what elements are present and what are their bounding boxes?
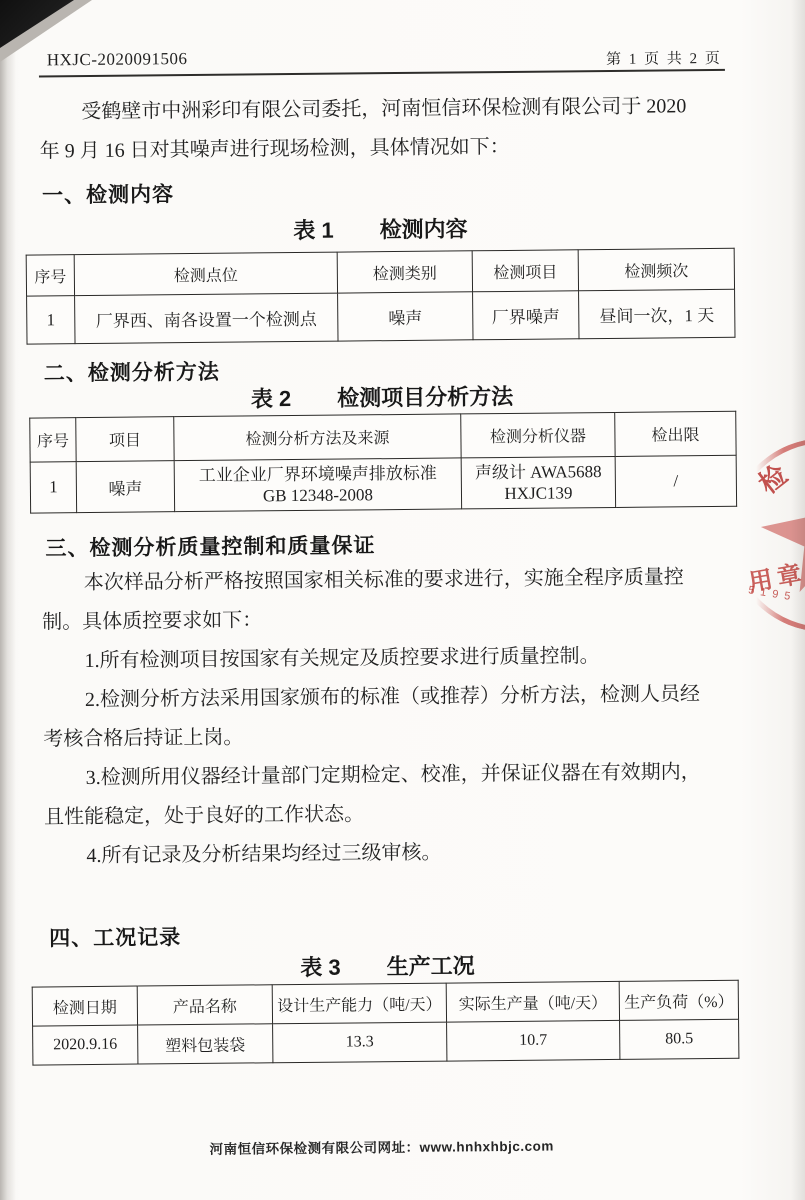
table-cell: 厂界噪声 xyxy=(473,291,579,340)
header-rule xyxy=(39,69,725,78)
intro-line: 年 9 月 16 日对其噪声进行现场检测，具体情况如下： xyxy=(39,126,745,172)
method-standard-name: 工业企业厂界环境噪声排放标准 xyxy=(179,462,457,486)
table-1-caption: 表 1 检测内容 xyxy=(26,210,734,248)
footer-company-url: 河南恒信环保检测有限公司网址：www.hnhxhbjc.com xyxy=(0,1132,784,1160)
table-header-cell: 序号 xyxy=(26,255,74,296)
table-cell: 塑料包装袋 xyxy=(138,1024,273,1064)
paragraph-line: 2.检测分析方法采用国家颁布的标准（或推荐）分析方法，检测人员经 xyxy=(43,675,751,721)
table-header-cell: 检测分析仪器 xyxy=(461,412,615,457)
table-header-cell: 序号 xyxy=(30,418,76,462)
paragraph-line: 4.所有记录及分析结果均经过三级审核。 xyxy=(44,831,752,877)
table-cell: 1 xyxy=(27,296,75,344)
table-header-cell: 检测分析方法及来源 xyxy=(174,414,461,461)
table-cell: 工业企业厂界环境噪声排放标准 GB 12348-2008 xyxy=(174,458,461,512)
table-cell: 1 xyxy=(30,462,76,513)
table-row: 序号 检测点位 检测类别 检测项目 检测频次 xyxy=(26,248,734,296)
table-cell: 10.7 xyxy=(447,1020,620,1061)
scanned-document-page: HXJC-2020091506 第 1 页 共 2 页 受鹤壁市中洲彩印有限公司… xyxy=(0,0,805,1200)
document-content: HXJC-2020091506 第 1 页 共 2 页 受鹤壁市中洲彩印有限公司… xyxy=(0,0,805,1200)
paragraph: 1.所有检测项目按国家有关规定及质控要求进行质量控制。 xyxy=(42,636,750,682)
paragraph-line: 本次样品分析严格按照国家相关标准的要求进行，实施全程序质量控 xyxy=(42,558,750,604)
page-indicator: 第 1 页 共 2 页 xyxy=(606,47,722,69)
quality-control-paragraphs: 本次样品分析严格按照国家相关标准的要求进行，实施全程序质量控 制。具体质控要求如… xyxy=(42,558,753,877)
table-3-title: 生产工况 xyxy=(387,949,475,981)
table-cell: 昼间一次，1 天 xyxy=(579,289,735,338)
table-3-caption: 表 3 生产工况 xyxy=(33,947,741,985)
table-cell: / xyxy=(615,455,736,507)
table-row: 1 厂界西、南各设置一个检测点 噪声 厂界噪声 昼间一次，1 天 xyxy=(27,289,735,344)
table-header-cell: 检测类别 xyxy=(337,251,472,293)
section-1-heading: 一、检测内容 xyxy=(42,178,174,209)
table-3-production-conditions: 检测日期 产品名称 设计生产能力（吨/天） 实际生产量（吨/天） 生产负荷（%）… xyxy=(32,980,740,1066)
table-cell: 声级计 AWA5688 HXJC139 xyxy=(461,456,615,508)
paragraph-line: 且性能稳定，处于良好的工作状态。 xyxy=(44,792,752,838)
table-1-title: 检测内容 xyxy=(379,212,467,244)
table-cell: 13.3 xyxy=(273,1022,447,1063)
table-header-cell: 检测点位 xyxy=(74,252,337,296)
paragraph-line: 制。具体质控要求如下： xyxy=(42,597,750,643)
table-2-analysis-methods: 序号 项目 检测分析方法及来源 检测分析仪器 检出限 1 噪声 工业企业厂界环境… xyxy=(29,411,737,514)
section-4-heading: 四、工况记录 xyxy=(49,921,181,952)
table-cell: 80.5 xyxy=(620,1019,739,1059)
table-header-cell: 实际生产量（吨/天） xyxy=(446,981,619,1022)
table-header-cell: 检出限 xyxy=(615,411,736,456)
table-row: 序号 项目 检测分析方法及来源 检测分析仪器 检出限 xyxy=(30,411,736,462)
instrument-code: HXJC139 xyxy=(466,482,611,504)
table-header-cell: 检测日期 xyxy=(32,986,137,1026)
table-row: 2020.9.16 塑料包装袋 13.3 10.7 80.5 xyxy=(33,1019,739,1065)
table-cell: 噪声 xyxy=(338,292,473,341)
section-3-heading: 三、检测分析质量控制和质量保证 xyxy=(45,529,375,562)
table-header-cell: 生产负荷（%） xyxy=(619,980,738,1020)
table-2-title: 检测项目分析方法 xyxy=(337,380,513,413)
table-row: 1 噪声 工业企业厂界环境噪声排放标准 GB 12348-2008 声级计 AW… xyxy=(30,455,736,513)
paragraph: 本次样品分析严格按照国家相关标准的要求进行，实施全程序质量控 制。具体质控要求如… xyxy=(42,558,751,643)
table-3-label: 表 3 xyxy=(300,951,341,982)
table-1-label: 表 1 xyxy=(293,214,334,245)
paragraph: 4.所有记录及分析结果均经过三级审核。 xyxy=(44,831,752,877)
paragraph: 3.检测所用仪器经计量部门定期检定、校准，并保证仪器在有效期内， 且性能稳定，处… xyxy=(44,753,753,838)
table-cell: 2020.9.16 xyxy=(33,1025,138,1065)
table-header-cell: 检测频次 xyxy=(578,248,734,290)
paragraph-line: 3.检测所用仪器经计量部门定期检定、校准，并保证仪器在有效期内， xyxy=(44,753,752,799)
table-2-label: 表 2 xyxy=(251,382,292,413)
paragraph-line: 1.所有检测项目按国家有关规定及质控要求进行质量控制。 xyxy=(42,636,750,682)
table-1-detection-content: 序号 检测点位 检测类别 检测项目 检测频次 1 厂界西、南各设置一个检测点 噪… xyxy=(26,248,736,345)
table-header-cell: 项目 xyxy=(76,417,174,462)
doc-number: HXJC-2020091506 xyxy=(47,49,188,70)
intro-paragraph: 受鹤壁市中洲彩印有限公司委托，河南恒信环保检测有限公司于 2020 年 9 月 … xyxy=(39,87,746,172)
table-header-cell: 设计生产能力（吨/天） xyxy=(272,983,446,1024)
paragraph: 2.检测分析方法采用国家颁布的标准（或推荐）分析方法，检测人员经 考核合格后持证… xyxy=(43,675,752,760)
table-row: 检测日期 产品名称 设计生产能力（吨/天） 实际生产量（吨/天） 生产负荷（%） xyxy=(32,980,738,1026)
table-header-cell: 检测项目 xyxy=(472,250,578,292)
paragraph-line: 考核合格后持证上岗。 xyxy=(43,714,751,760)
table-header-cell: 产品名称 xyxy=(137,985,272,1025)
table-cell: 厂界西、南各设置一个检测点 xyxy=(75,293,338,344)
intro-line: 受鹤壁市中洲彩印有限公司委托，河南恒信环保检测有限公司于 2020 xyxy=(39,87,745,133)
method-standard-code: GB 12348-2008 xyxy=(179,483,457,507)
table-cell: 噪声 xyxy=(76,461,174,513)
instrument-name: 声级计 AWA5688 xyxy=(466,461,611,483)
table-2-caption: 表 2 检测项目分析方法 xyxy=(28,378,736,416)
